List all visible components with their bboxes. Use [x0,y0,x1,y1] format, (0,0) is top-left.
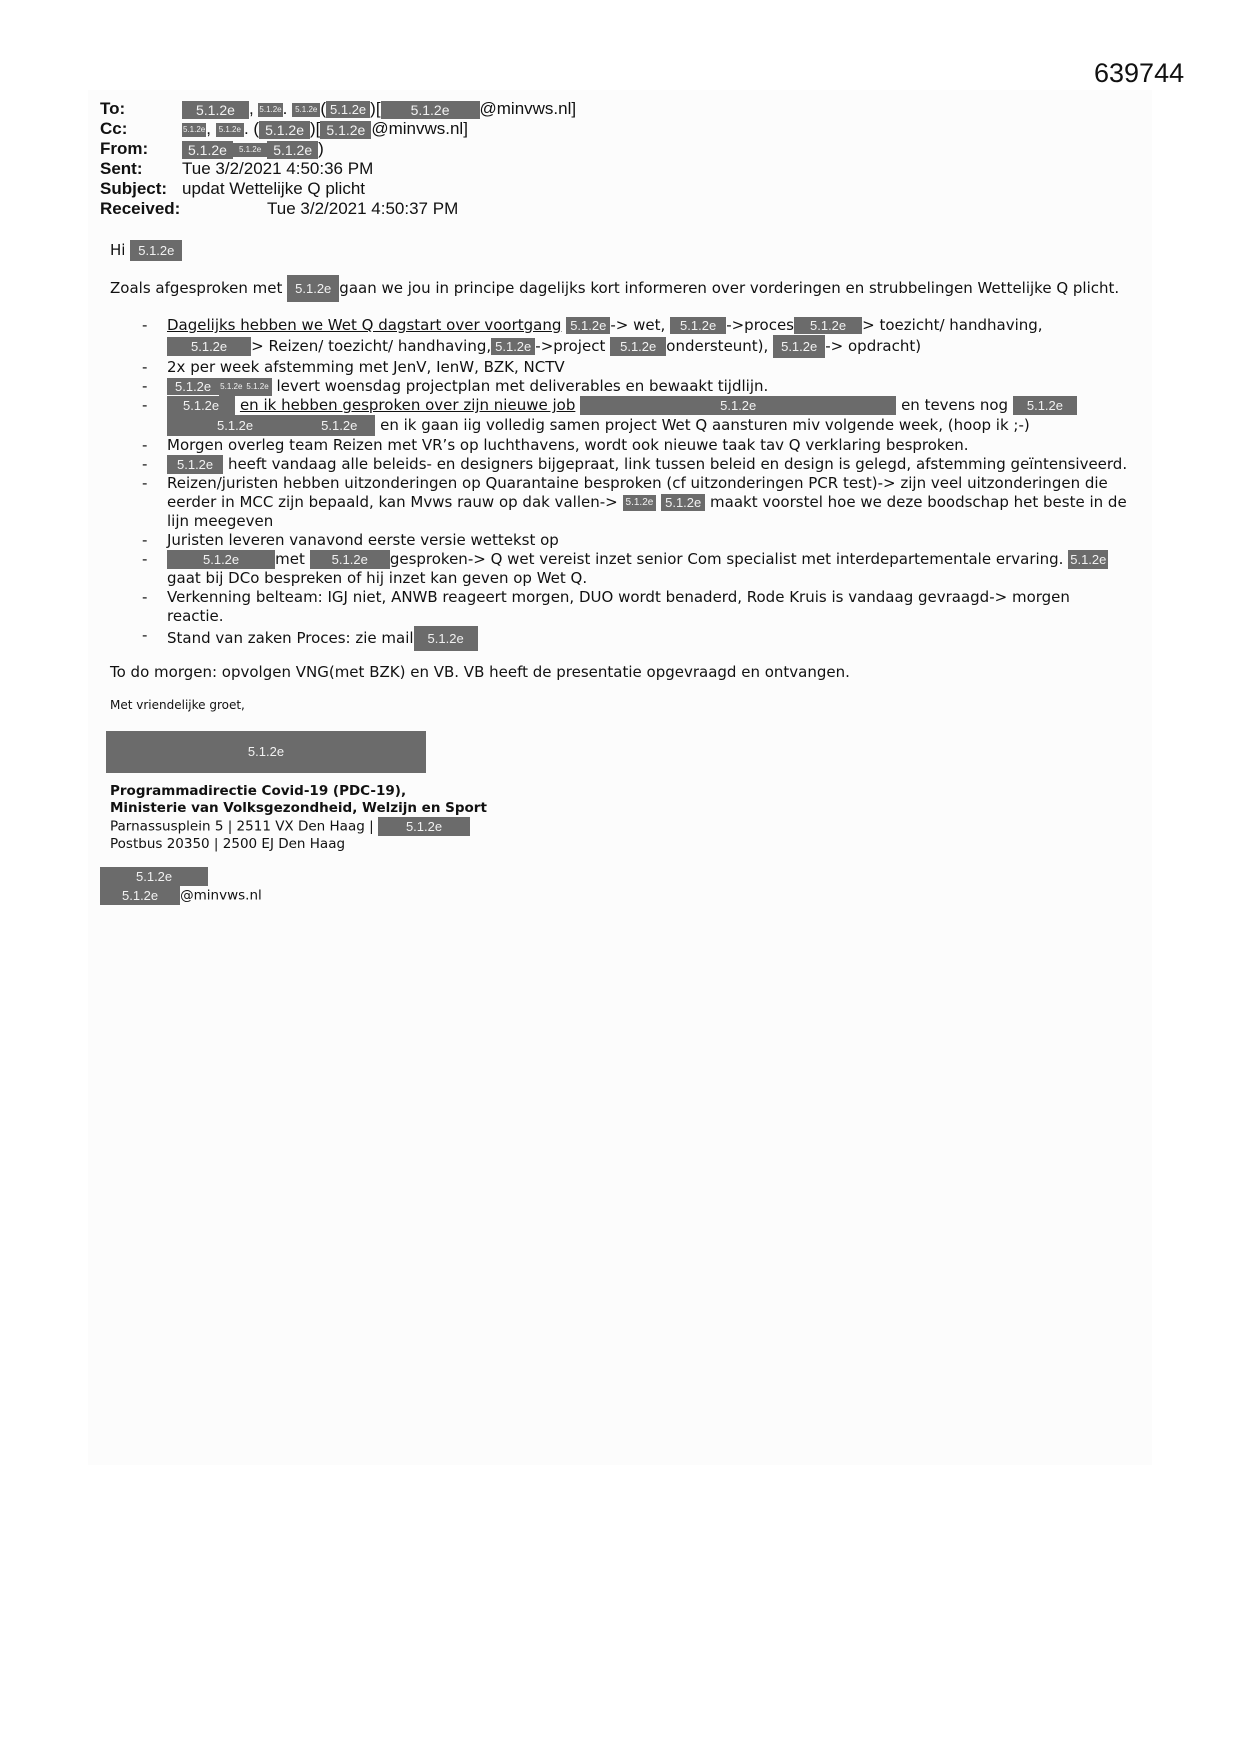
item-text: en ik hebben gesproken over zijn nieuwe … [240,396,575,414]
intro-text: gaan we jou in principe dagelijks kort i… [339,279,1119,297]
redaction: 5.1.2e [310,550,390,569]
item-text: ->proces [726,316,794,334]
item-text: Morgen overleg team Reizen met VR’s op l… [167,436,969,454]
item-text: en ik gaan iig volledig samen project We… [380,416,1030,434]
redaction: 5.1.2e [243,378,271,396]
item-text: > Reizen/ toezicht/ handhaving, [251,337,491,355]
closing: Met vriendelijke groet, [110,696,1130,715]
greeting: Hi 5.1.2e [110,240,1130,261]
redaction: 5.1.2e [670,317,726,334]
todo-paragraph: To do morgen: opvolgen VNG(met BZK) en V… [110,663,1130,682]
org-line-2: Ministerie van Volksgezondheid, Welzijn … [110,800,487,816]
redaction: 5.1.2e [794,317,862,334]
item-text: gaat bij DCo bespreken of hij inzet kan … [167,569,587,587]
redaction: 5.1.2e [167,337,251,356]
redaction: 5.1.2e [580,396,896,415]
item-text: Stand van zaken Proces: zie mail [167,629,414,647]
redaction: 5.1.2e [100,886,180,905]
item-text: Juristen leveren vanavond eerste versie … [167,531,559,549]
item-text: 2x per week afstemming met JenV, IenW, B… [167,358,565,376]
sent-value: Tue 3/2/2021 4:50:36 PM [182,159,373,179]
signature-organisation: Programmadirectie Covid-19 (PDC-19), Min… [110,783,1130,853]
redaction: 5.1.2e [1068,550,1108,569]
item-text: ->project [535,337,605,355]
email-domain: @minvws.nl [180,888,262,904]
received-value: Tue 3/2/2021 4:50:37 PM [267,199,458,219]
signature-name-redaction: 5.1.2e [106,731,426,773]
list-item: Verkenning belteam: IGJ niet, ANWB reage… [142,588,1130,626]
redaction: 5.1.2e [182,123,206,137]
subject-value: updat Wettelijke Q plicht [182,179,365,199]
from-label: From: [100,139,148,159]
list-item: Reizen/juristen hebben uitzonderingen op… [142,474,1130,531]
redaction: 5.1.2e [100,867,208,886]
redaction: 5.1.2e [320,121,371,139]
redaction: 5.1.2e [378,817,470,836]
received-label: Received: [100,199,180,219]
list-item: Morgen overleg team Reizen met VR’s op l… [142,436,1130,455]
greeting-text: Hi [110,241,125,259]
redaction: 5.1.2e [326,101,370,118]
from-value: 5.1.2e5.1.2e5.1.2e) [182,139,324,159]
email-body: Hi 5.1.2e Zoals afgesproken met 5.1.2ega… [110,240,1130,905]
to-label: To: [100,99,125,119]
update-list: Dagelijks hebben we Wet Q dagstart over … [110,316,1130,651]
list-item: 5.1.2e5.1.2e5.1.2e levert woensdag proje… [142,377,1130,396]
document-id: 639744 [1094,58,1184,89]
redaction: 5.1.2e [182,101,249,119]
subject-label: Subject: [100,179,167,199]
redaction: 5.1.2e [167,396,235,415]
redaction: 5.1.2e [233,143,267,157]
item-text: heeft vandaag alle beleids- en designers… [228,455,1127,473]
list-item: Dagelijks hebben we Wet Q dagstart over … [142,316,1130,358]
redaction: 5.1.2e [130,240,182,261]
redaction: 5.1.2e [414,626,478,651]
item-text: Dagelijks hebben we Wet Q dagstart over … [167,316,561,334]
redaction: 5.1.2e [566,317,610,334]
redaction: 5.1.2e [610,337,666,356]
list-item: 5.1.2e heeft vandaag alle beleids- en de… [142,455,1130,474]
org-line-1: Programmadirectie Covid-19 (PDC-19), [110,783,406,799]
redaction: 5.1.2e [267,141,318,159]
redaction: 5.1.2e [287,275,339,302]
redaction: 5.1.2e [292,103,320,117]
cc-domain: @minvws.nl] [371,119,468,138]
redaction: 5.1.2e [219,378,243,396]
list-item: 5.1.2emet 5.1.2egesproken-> Q wet vereis… [142,550,1130,588]
item-text: -> wet, [610,316,665,334]
list-item: Juristen leveren vanavond eerste versie … [142,531,1130,550]
address-line-1: Parnassusplein 5 | 2511 VX Den Haag | [110,819,374,835]
item-text: > toezicht/ handhaving, [862,316,1042,334]
item-text: gesproken-> Q wet vereist inzet senior C… [390,550,1064,568]
list-item: 2x per week afstemming met JenV, IenW, B… [142,358,1130,377]
redaction: 5.1.2e [773,335,825,358]
sent-label: Sent: [100,159,143,179]
cc-label: Cc: [100,119,127,139]
redaction: 5.1.2e [258,103,282,117]
redaction: 5.1.2e [216,123,244,137]
redaction: 5.1.2e [1013,396,1077,415]
list-item: Stand van zaken Proces: zie mail5.1.2e [142,626,1130,651]
redaction: 5.1.2e [623,495,657,511]
address-line-2: Postbus 20350 | 2500 EJ Den Haag [110,836,345,852]
redaction: 5.1.2e [303,415,375,436]
to-domain: @minvws.nl] [480,99,577,118]
to-value: 5.1.2e, 5.1.2e. 5.1.2e(5.1.2e)[5.1.2e@mi… [182,99,576,119]
redaction: 5.1.2e [491,338,535,355]
redaction: 5.1.2e [167,455,223,474]
item-text: met [275,550,305,568]
item-text: -> opdracht) [825,337,921,355]
redaction: 5.1.2e [167,550,275,569]
redaction: 5.1.2e [167,415,303,436]
list-item: 5.1.2e en ik hebben gesproken over zijn … [142,396,1130,436]
redaction: 5.1.2e [182,141,233,159]
redaction: 5.1.2e [381,101,480,119]
redaction: 5.1.2e [259,121,310,139]
item-text: en tevens nog [901,396,1008,414]
intro-paragraph: Zoals afgesproken met 5.1.2egaan we jou … [110,275,1130,302]
signature-contact: 5.1.2e 5.1.2e@minvws.nl [100,867,1130,905]
redaction: 5.1.2e [661,494,705,511]
item-text: Verkenning belteam: IGJ niet, ANWB reage… [167,588,1070,625]
redaction: 5.1.2e [167,378,219,395]
item-text: ondersteunt), [666,337,768,355]
cc-value: 5.1.2e, 5.1.2e. (5.1.2e)[5.1.2e@minvws.n… [182,119,468,139]
intro-text: Zoals afgesproken met [110,279,282,297]
item-text: levert woensdag projectplan met delivera… [276,377,768,395]
